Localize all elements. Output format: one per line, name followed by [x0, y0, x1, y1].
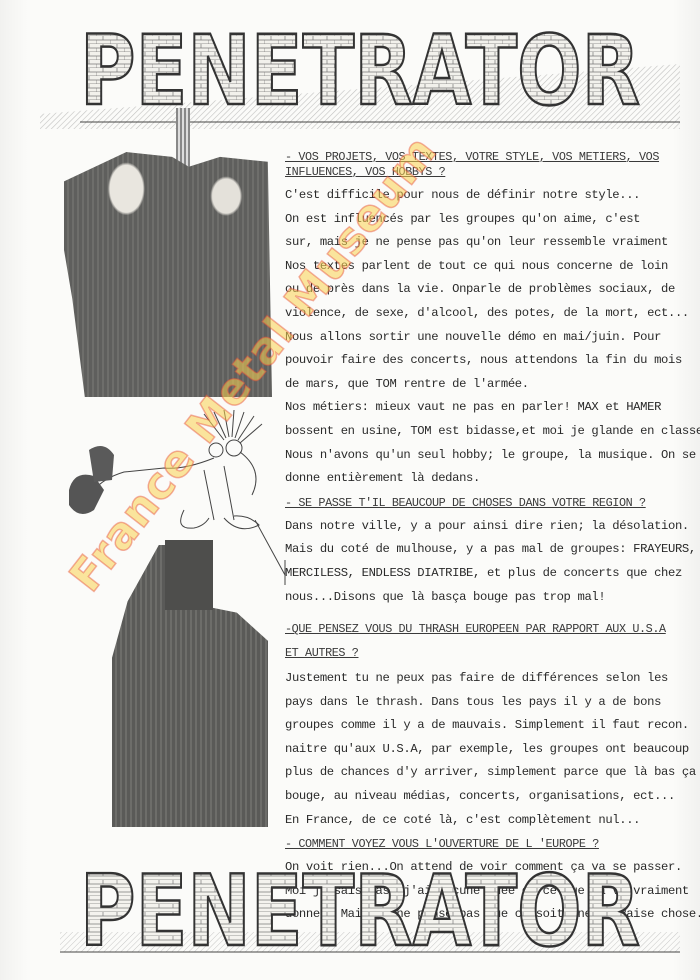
answer-line: On est influencés par les groupes qu'on …: [285, 208, 695, 232]
band-photo-top: [64, 152, 272, 397]
answer-line: naitre qu'aux U.S.A, par exemple, les gr…: [285, 738, 695, 762]
answer-line: Justement tu ne peux pas faire de différ…: [285, 667, 695, 691]
interview-section-1: - VOS PROJETS, VOS TEXTES, VOTRE STYLE, …: [285, 150, 695, 491]
answer-line: Nos textes parlent de tout ce qui nous c…: [285, 255, 695, 279]
answer-line: Nous allons sortir une nouvelle démo en …: [285, 326, 695, 350]
interview-section-3: -QUE PENSEZ VOUS DU THRASH EUROPEEN PAR …: [285, 617, 695, 832]
answer-line: de mars, que TOM rentre de l'armée.: [285, 373, 695, 397]
answer-paragraph: Dans notre ville, y a pour ainsi dire ri…: [285, 515, 695, 609]
answer-line: Nous n'avons qu'un seul hobby; le groupe…: [285, 444, 695, 468]
answer-line: groupes comme il y a de mauvais. Simplem…: [285, 714, 695, 738]
answer-line: plus de chances d'y arriver, simplement …: [285, 761, 695, 785]
interview-section-2: - SE PASSE T'IL BEAUCOUP DE CHOSES DANS …: [285, 493, 695, 609]
answer-line: pouvoir faire des concerts, nous attendo…: [285, 349, 695, 373]
answer-paragraph: C'est difficile pour nous de définir not…: [285, 184, 695, 491]
answer-line: pays dans le thrash. Dans tous les pays …: [285, 691, 695, 715]
answer-line: En France, de ce coté là, c'est complète…: [285, 809, 695, 833]
answer-paragraph: Justement tu ne peux pas faire de différ…: [285, 667, 695, 832]
banner-logo-top: PENETRATOR: [40, 4, 680, 129]
answer-line: Mais du coté de mulhouse, y a pas mal de…: [285, 538, 695, 562]
interview-text: - VOS PROJETS, VOS TEXTES, VOTRE STYLE, …: [285, 150, 695, 927]
banner-title-bottom: PENETRATOR: [80, 855, 640, 965]
question-heading: - SE PASSE T'IL BEAUCOUP DE CHOSES DANS …: [285, 493, 695, 513]
answer-line: bossent en usine, TOM est bidasse,et moi…: [285, 420, 695, 444]
question-heading: -QUE PENSEZ VOUS DU THRASH EUROPEEN PAR …: [285, 617, 695, 665]
answer-line: C'est difficile pour nous de définir not…: [285, 184, 695, 208]
answer-line: Dans notre ville, y a pour ainsi dire ri…: [285, 515, 695, 539]
question-heading: - VOS PROJETS, VOS TEXTES, VOTRE STYLE, …: [285, 150, 695, 180]
punk-cartoon-illustration: [64, 410, 289, 535]
answer-line: donne entièrement là dedans.: [285, 467, 695, 491]
banner-title-top: PENETRATOR: [80, 15, 640, 127]
banner-logo-bottom: PENETRATOR: [40, 840, 680, 965]
answer-line: bouge, au niveau médias, concerts, organ…: [285, 785, 695, 809]
answer-line: Nos métiers: mieux vaut ne pas en parler…: [285, 396, 695, 420]
answer-line: nous...Disons que là basça bouge pas tro…: [285, 586, 695, 610]
answer-line: MERCILESS, ENDLESS DIATRIBE, et plus de …: [285, 562, 695, 586]
answer-line: violence, de sexe, d'alcool, des potes, …: [285, 302, 695, 326]
answer-line: ou de près dans la vie. Onparle de probl…: [285, 278, 695, 302]
answer-line: sur, mais je ne pense pas qu'on leur res…: [285, 231, 695, 255]
amplifier-image: [165, 540, 213, 610]
